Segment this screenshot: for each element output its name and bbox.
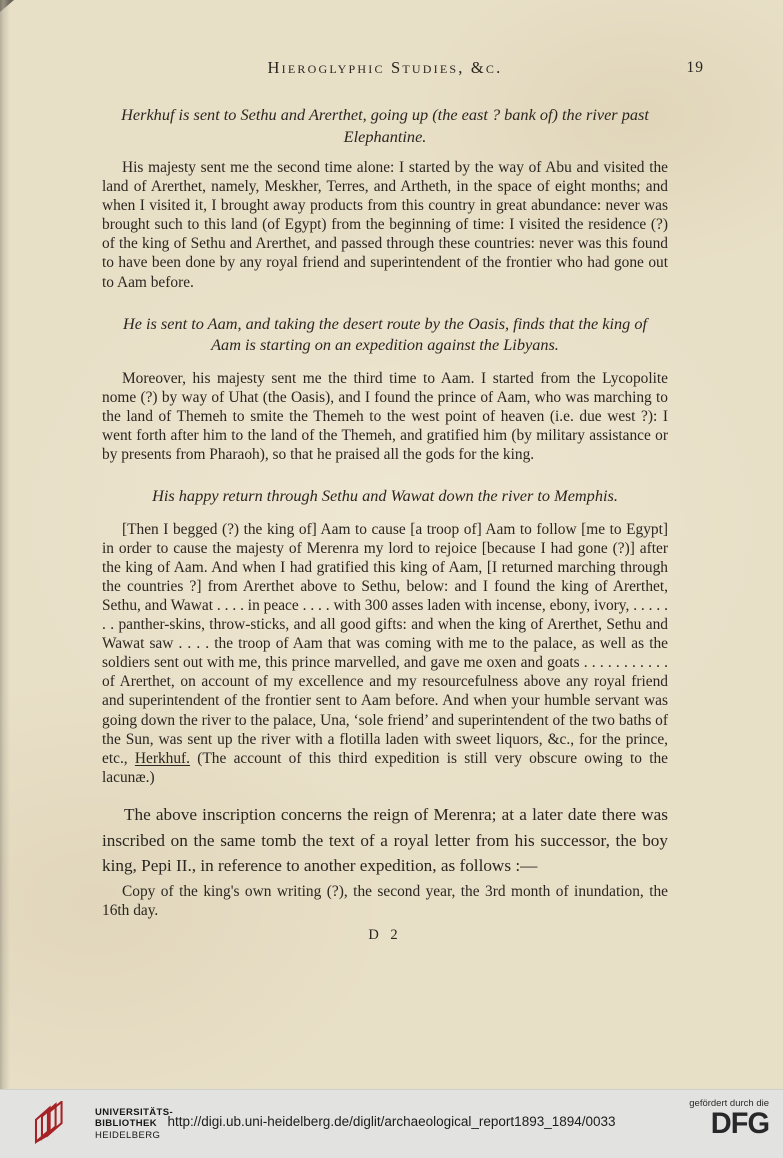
page-edge-shadow xyxy=(0,0,10,1090)
library-name-line3: HEIDELBERG xyxy=(95,1130,173,1142)
translation-paragraph-1: His majesty sent me the second time alon… xyxy=(102,158,668,292)
library-name-line2: BIBLIOTHEK xyxy=(95,1118,173,1130)
section-heading-1: Herkhuf is sent to Sethu and Arerthet, g… xyxy=(102,104,668,147)
library-name: UNIVERSITÄTS- BIBLIOTHEK HEIDELBERG xyxy=(95,1107,173,1142)
page-text-column: Hieroglyphic Studies, &c. 19 Herkhuf is … xyxy=(102,58,668,944)
signature-mark: D 2 xyxy=(102,927,668,944)
running-title: Hieroglyphic Studies, &c. xyxy=(102,58,668,78)
library-name-line1: UNIVERSITÄTS- xyxy=(95,1107,173,1119)
source-url-link[interactable]: http://digi.ub.uni-heidelberg.de/diglit/… xyxy=(167,1114,615,1129)
running-header: Hieroglyphic Studies, &c. 19 xyxy=(102,58,668,80)
section-heading-2: He is sent to Aam, and taking the desert… xyxy=(102,313,668,356)
page-number: 19 xyxy=(687,59,705,77)
section-heading-3: His happy return through Sethu and Wawat… xyxy=(102,485,668,507)
library-logo: UNIVERSITÄTS- BIBLIOTHEK HEIDELBERG xyxy=(33,1101,173,1147)
dfg-funding-block: gefördert durch die DFG xyxy=(689,1098,769,1138)
dfg-logo: DFG xyxy=(689,1110,769,1139)
translation-paragraph-3: [Then I begged (?) the king of] Aam to c… xyxy=(102,520,668,787)
scanned-book-page: Hieroglyphic Studies, &c. 19 Herkhuf is … xyxy=(0,0,783,1158)
royal-letter-date-paragraph: Copy of the king's own writing (?), the … xyxy=(102,882,668,920)
digitization-footer: UNIVERSITÄTS- BIBLIOTHEK HEIDELBERG http… xyxy=(0,1089,783,1158)
stacked-books-icon xyxy=(33,1101,85,1147)
translation-paragraph-2: Moreover, his majesty sent me the third … xyxy=(102,369,668,464)
commentary-paragraph: The above inscription concerns the reign… xyxy=(102,802,668,879)
